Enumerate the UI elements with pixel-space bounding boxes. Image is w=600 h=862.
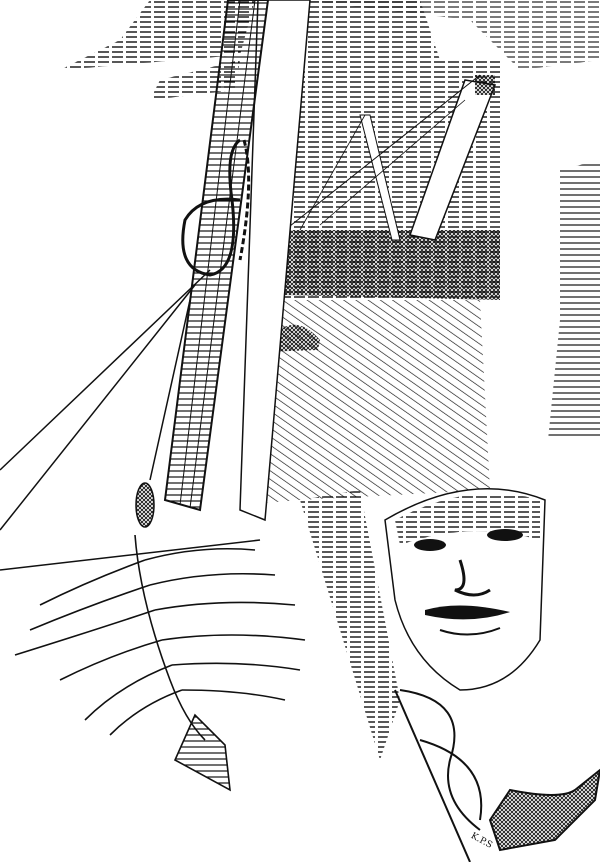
pulley-block bbox=[136, 483, 154, 527]
sailing-ship bbox=[280, 0, 500, 300]
fish-skeleton bbox=[15, 535, 305, 790]
illustration-canvas: K.P.S bbox=[0, 0, 600, 862]
ink-illustration bbox=[0, 0, 600, 862]
hatched-panel-right bbox=[548, 160, 600, 440]
mans-face bbox=[300, 489, 545, 760]
shackle-chain bbox=[395, 690, 600, 862]
